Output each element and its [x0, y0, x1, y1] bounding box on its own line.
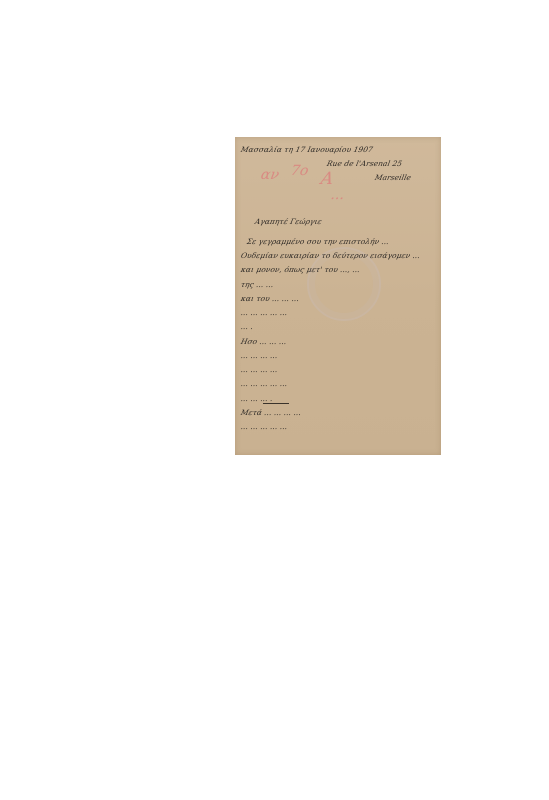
body-line: ... ... ... ... ... [240, 379, 288, 388]
red-annotation-2: 7ο [290, 163, 310, 179]
body-line: Σε γεγραμμένο σου την επιστολήν ... [246, 237, 390, 246]
body-line: ... ... ... ... ... [240, 308, 288, 317]
body-line: ... . [240, 322, 254, 331]
letter-address: Rue de l'Arsenal 25 [326, 159, 403, 168]
body-line: Ουδεμίαν ευκαιρίαν το δεύτερον εισάγομεν… [240, 251, 421, 260]
red-annotation-3: Α [319, 169, 335, 189]
letter-salutation: Αγαπητέ Γεώργιε [254, 217, 323, 226]
red-annotation-1: αν [260, 167, 281, 183]
body-line: και του ... ... ... [240, 294, 300, 303]
body-line: ... ... ... ... ... [240, 422, 288, 431]
body-line: ... ... ... ... [240, 351, 279, 360]
body-line: και μονον, όπως μετ' του ..., ... [240, 265, 361, 274]
letter-page: Μασσαλία τη 17 Ιανουαρίου 1907 Rue de l'… [235, 137, 441, 455]
body-line: της ... ... [240, 280, 274, 289]
underline-mark [263, 403, 289, 404]
body-line: Μετά ... ... ... ... [240, 408, 302, 417]
letter-city: Marseille [374, 173, 412, 182]
red-annotation-4: ... [330, 187, 346, 203]
body-line: Ησο ... ... ... [240, 337, 288, 346]
body-line: ... ... ... ... [240, 365, 279, 374]
body-line: ... ... ... . [240, 394, 274, 403]
letter-place-date: Μασσαλία τη 17 Ιανουαρίου 1907 [240, 145, 374, 154]
